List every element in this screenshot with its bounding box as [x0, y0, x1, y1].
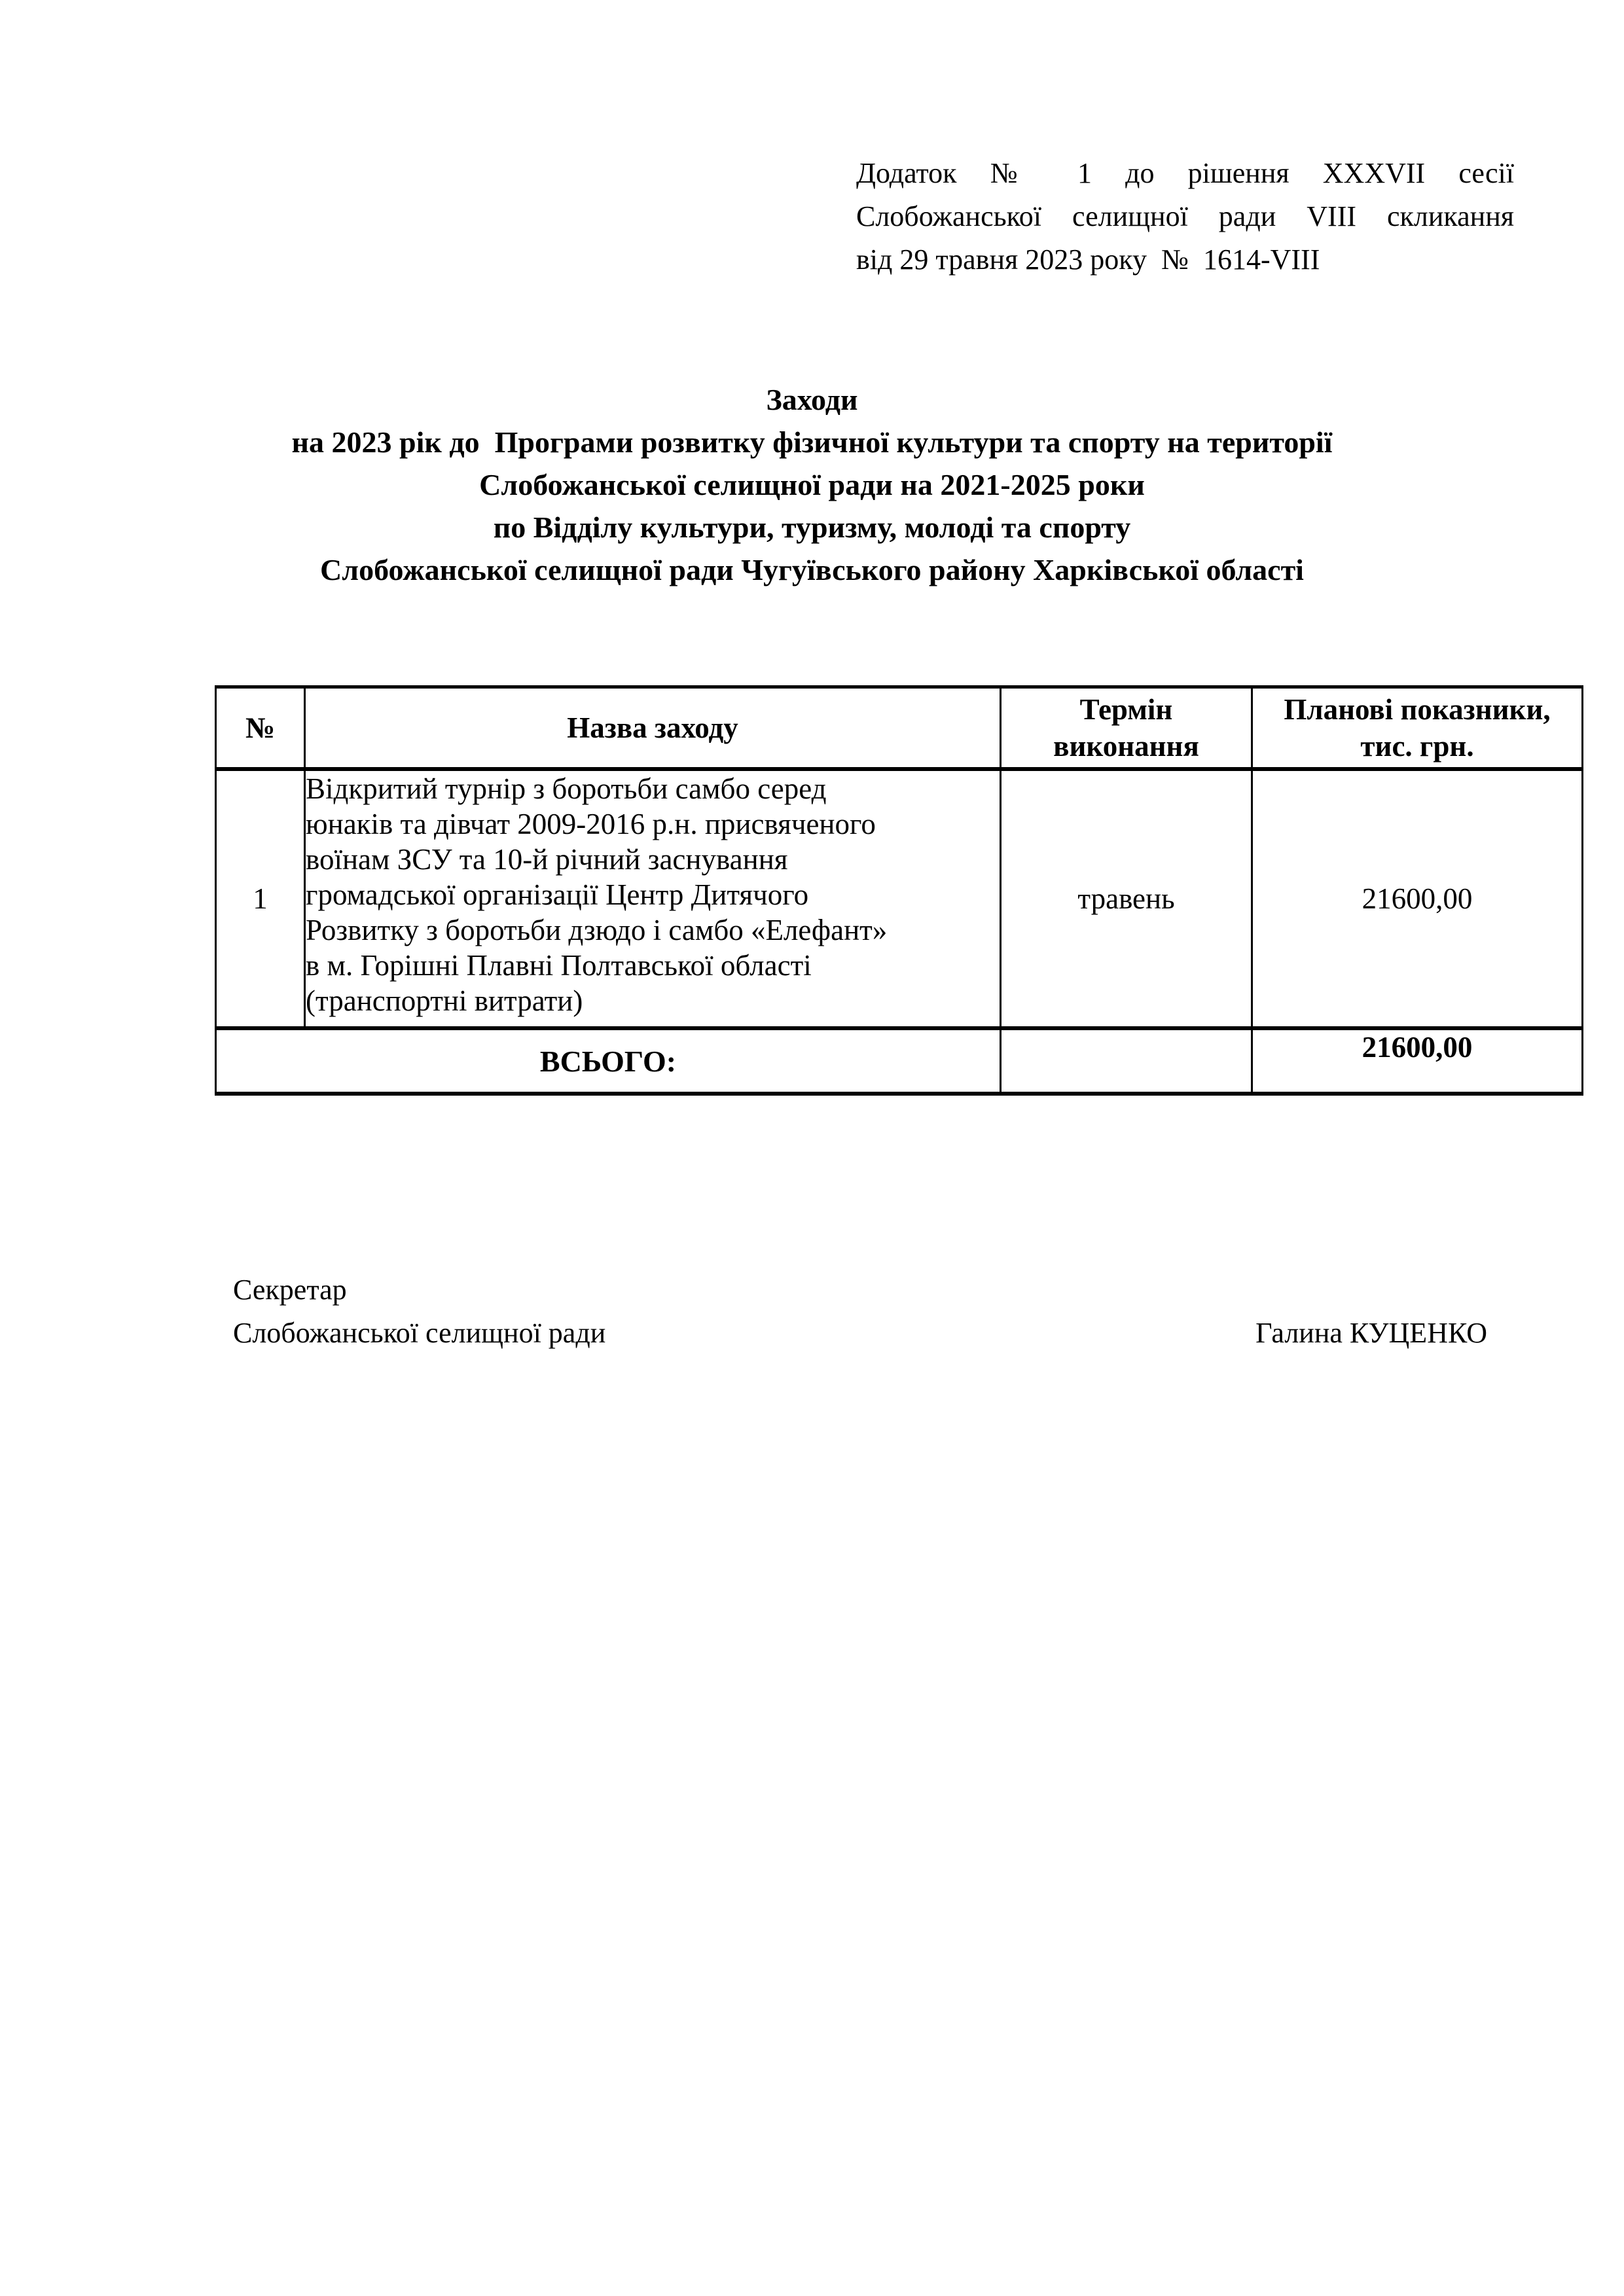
total-amount-cell: 21600,00	[1252, 1028, 1583, 1094]
signer-role-line-2: Слобожанської селищної ради	[233, 1312, 605, 1355]
amount-cell: 21600,00	[1252, 769, 1583, 1028]
header-cell-name: Назва заходу	[305, 687, 1001, 770]
row-number-cell: 1	[216, 769, 305, 1028]
title-line-4: по Відділу культури, туризму, молоді та …	[79, 506, 1545, 548]
title-line-3: Слобожанської селищної ради на 2021-2025…	[79, 463, 1545, 506]
header-cell-term: Термін виконання	[1001, 687, 1252, 770]
term-cell: травень	[1001, 769, 1252, 1028]
document-title: Заходи на 2023 рік до Програми розвитку …	[79, 378, 1545, 591]
measures-table: № Назва заходу Термін виконання Планові …	[215, 685, 1583, 1096]
signature-block: Секретар Слобожанської селищної ради Гал…	[233, 1268, 1487, 1355]
table-row: 1 Відкритий турнір з боротьби самбо сере…	[216, 769, 1583, 1028]
appendix-line-3: від 29 травня 2023 року № 1614-VIII	[856, 238, 1514, 281]
header-cell-plan: Планові показники, тис. грн.	[1252, 687, 1583, 770]
total-label-cell: ВСЬОГО:	[216, 1028, 1001, 1094]
total-empty-cell	[1001, 1028, 1252, 1094]
signer-name: Галина КУЦЕНКО	[1255, 1312, 1487, 1355]
title-line-5: Слобожанської селищної ради Чугуївського…	[79, 548, 1545, 591]
appendix-line-2: Слобожанської селищної ради VIII скликан…	[856, 195, 1514, 238]
title-line-1: Заходи	[79, 378, 1545, 421]
signer-role-line-1: Секретар	[233, 1268, 1487, 1312]
appendix-reference-block: Додаток № 1 до рішення XXXVII сесії Слоб…	[856, 152, 1514, 281]
table-header-row: № Назва заходу Термін виконання Планові …	[216, 687, 1583, 770]
signature-row: Слобожанської селищної ради Галина КУЦЕН…	[233, 1312, 1487, 1355]
event-name-cell: Відкритий турнір з боротьби самбо серед …	[305, 769, 1001, 1028]
title-line-2: на 2023 рік до Програми розвитку фізично…	[79, 421, 1545, 463]
appendix-line-1: Додаток № 1 до рішення XXXVII сесії	[856, 152, 1514, 195]
header-cell-number: №	[216, 687, 305, 770]
total-row: ВСЬОГО: 21600,00	[216, 1028, 1583, 1094]
document-page: Додаток № 1 до рішення XXXVII сесії Слоб…	[0, 0, 1624, 2296]
